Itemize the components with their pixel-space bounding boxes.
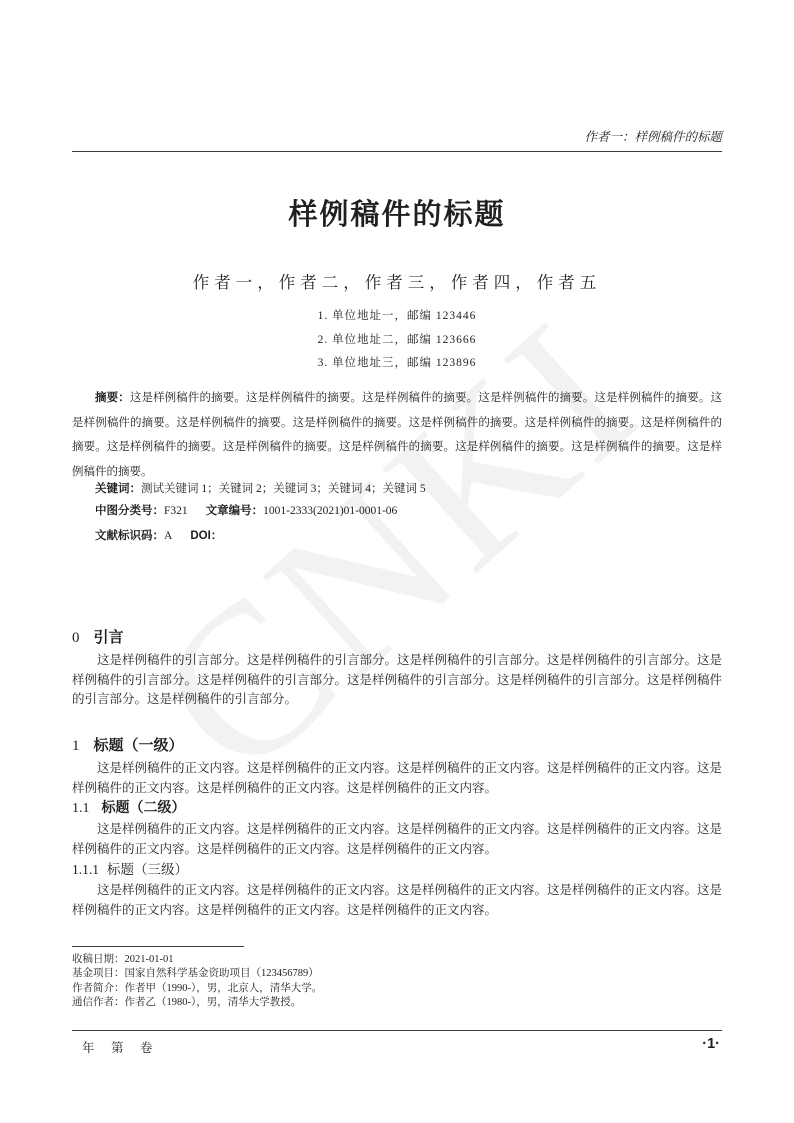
footnote-separator <box>72 946 244 947</box>
section-title: 引言 <box>94 629 124 646</box>
affiliation-item: 3. 单位地址三，邮编 123896 <box>72 352 722 376</box>
section-title: 标题（三级） <box>107 862 188 877</box>
footnote-item: 作者简介：作者甲（1990-），男，北京人，清华大学。 <box>72 982 722 996</box>
section-title: 标题（一级） <box>94 737 184 754</box>
section-heading-1-1: 1.1标题（二级） <box>72 797 722 817</box>
abstract: 摘要：这是样例稿件的摘要。这是样例稿件的摘要。这是样例稿件的摘要。这是样例稿件的… <box>72 386 722 484</box>
article-no-label: 文章编号： <box>206 505 264 517</box>
section-heading-0: 0引言 <box>72 626 722 647</box>
section-title: 标题（二级） <box>102 799 186 815</box>
section-paragraph-1: 这是样例稿件的正文内容。这是样例稿件的正文内容。这是样例稿件的正文内容。这是样例… <box>72 759 722 798</box>
affiliation-item: 1. 单位地址一，邮编 123446 <box>72 305 722 329</box>
section-heading-1: 1标题（一级） <box>72 734 722 755</box>
section-number: 1 <box>72 738 80 754</box>
section-paragraph-1-1: 这是样例稿件的正文内容。这是样例稿件的正文内容。这是样例稿件的正文内容。这是样例… <box>72 820 722 859</box>
running-head: 作者一：样例稿件的标题 <box>72 127 722 152</box>
classification-line: 中图分类号：F321文章编号：1001-2333(2021)01-0001-06 <box>95 501 745 523</box>
abstract-text: 这是样例稿件的摘要。这是样例稿件的摘要。这是样例稿件的摘要。这是样例稿件的摘要。… <box>72 392 722 478</box>
doi-label: DOI： <box>190 530 222 542</box>
affiliations-list: 1. 单位地址一，邮编 123446 2. 单位地址二，邮编 123666 3.… <box>72 305 722 376</box>
footer-rule <box>72 1030 722 1031</box>
footnote-item: 收稿日期：2021-01-01 <box>72 953 722 967</box>
doc-code-line: 文献标识码：ADOI： <box>95 526 745 548</box>
section-number: 1.1 <box>72 801 90 816</box>
section-heading-1-1-1: 1.1.1标题（三级） <box>72 858 722 878</box>
doc-code-label: 文献标识码： <box>95 530 164 542</box>
section-number: 0 <box>72 630 80 646</box>
section-paragraph-1-1-1: 这是样例稿件的正文内容。这是样例稿件的正文内容。这是样例稿件的正文内容。这是样例… <box>72 881 722 920</box>
footnotes: 收稿日期：2021-01-01 基金项目：国家自然科学基金资助项目（123456… <box>72 953 722 1011</box>
section-number: 1.1.1 <box>72 862 99 877</box>
page-number: ·1· <box>702 1036 720 1052</box>
paper-title: 样例稿件的标题 <box>72 192 722 233</box>
doc-code-value: A <box>164 530 172 542</box>
clc-value: F321 <box>164 505 188 517</box>
article-no-value: 1001-2333(2021)01-0001-06 <box>263 505 397 517</box>
meta-block: 关键词：测试关键词 1；关键词 2；关键词 3；关键词 4；关键词 5 中图分类… <box>72 479 745 548</box>
paper-page: CNKI 作者一：样例稿件的标题 样例稿件的标题 作者一，作者二，作者三，作者四… <box>0 0 794 1123</box>
abstract-label: 摘要： <box>95 392 130 404</box>
keywords-label: 关键词： <box>95 483 141 495</box>
affiliation-item: 2. 单位地址二，邮编 123666 <box>72 329 722 353</box>
section-paragraph-0: 这是样例稿件的引言部分。这是样例稿件的引言部分。这是样例稿件的引言部分。这是样例… <box>72 651 722 710</box>
clc-label: 中图分类号： <box>95 505 164 517</box>
keywords-text: 测试关键词 1；关键词 2；关键词 3；关键词 4；关键词 5 <box>141 483 426 495</box>
footnote-item: 基金项目：国家自然科学基金资助项目（123456789） <box>72 967 722 981</box>
journal-info: 年 第 卷 <box>82 1038 155 1056</box>
keywords-line: 关键词：测试关键词 1；关键词 2；关键词 3；关键词 4；关键词 5 <box>95 479 745 501</box>
authors-line: 作者一，作者二，作者三，作者四，作者五 <box>72 269 722 293</box>
footnote-item: 通信作者：作者乙（1980-），男，清华大学教授。 <box>72 996 722 1010</box>
